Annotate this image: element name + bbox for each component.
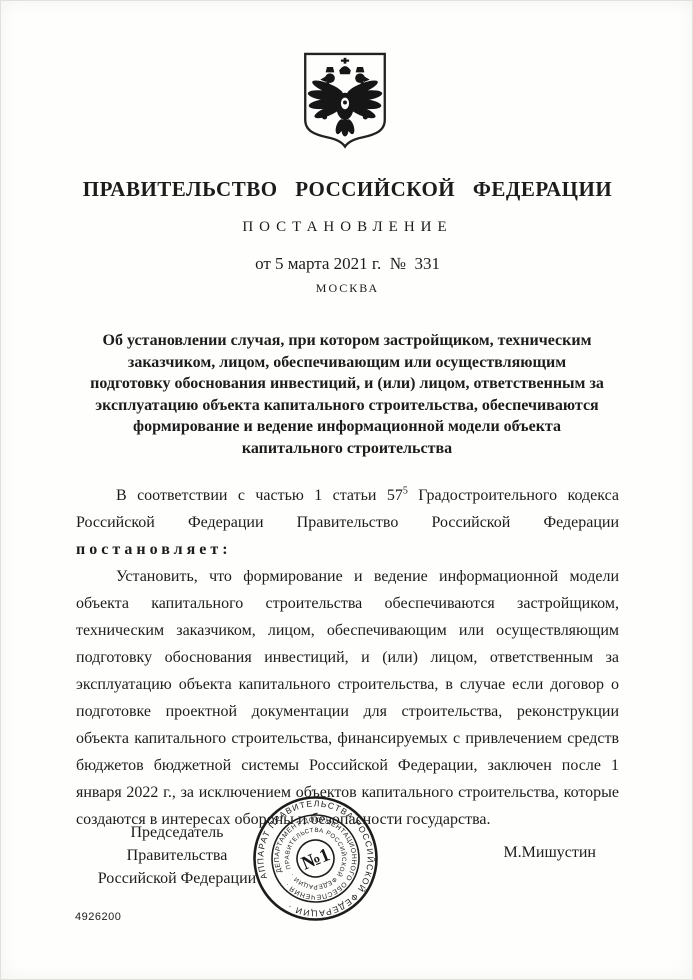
signature-title: Председатель Правительства Российской Фе… [79,821,275,890]
signature-title-line1: Председатель Правительства [79,821,275,867]
document-page: ПРАВИТЕЛЬСТВО РОССИЙСКОЙ ФЕДЕРАЦИИ ПОСТА… [0,0,693,980]
double-headed-eagle [307,58,383,137]
chest-rider [343,101,347,105]
document-type: ПОСТАНОВЛЕНИЕ [1,219,693,236]
document-title: Об установлении случая, при котором заст… [47,330,647,459]
stamp-number: №1 [299,844,333,874]
date-number-line: от 5 марта 2021 г. № 331 [1,254,693,274]
coat-of-arms [301,52,389,149]
stamp-seal-icon: АППАРАТ ПРАВИТЕЛЬСТВА РОССИЙСКОЙ ФЕДЕРАЦ… [249,792,382,925]
city-label: МОСКВА [1,281,693,296]
government-name: ПРАВИТЕЛЬСТВО РОССИЙСКОЙ ФЕДЕРАЦИИ [1,177,693,202]
decree-word: постановляет: [76,541,232,558]
signature-title-line2: Российской Федерации [79,867,275,890]
paragraph-preamble: В соответствии с частью 1 статьи 575 Гра… [76,482,619,563]
preamble-text: В соответствии с частью 1 статьи 57 [116,487,403,504]
official-stamp: АППАРАТ ПРАВИТЕЛЬСТВА РОССИЙСКОЙ ФЕДЕРАЦ… [249,792,382,925]
coat-of-arms-icon [301,52,389,149]
signature-name: М.Мишустин [456,844,596,862]
document-body: В соответствии с частью 1 статьи 575 Гра… [76,482,619,833]
document-code: 4926200 [75,911,121,923]
